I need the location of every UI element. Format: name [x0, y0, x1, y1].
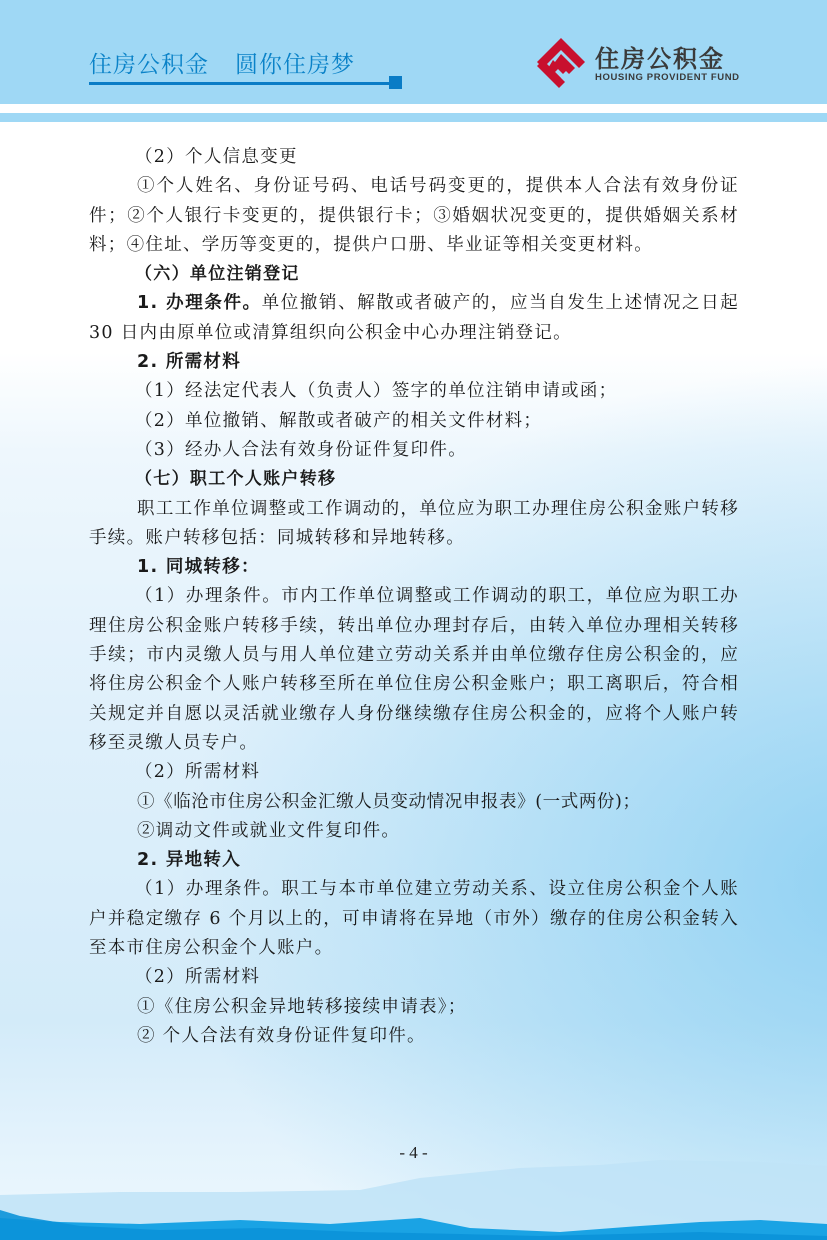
housing-provident-fund-logo-icon	[535, 36, 587, 88]
logo-title-cn: 住房公积金	[595, 39, 725, 74]
paragraph-same-city-conditions: （1）办理条件。市内工作单位调整或工作调动的职工，单位应为职工办理住房公积金账户…	[89, 582, 739, 758]
label-conditions: 1. 办理条件。	[137, 293, 262, 313]
logo-title-en: HOUSING PROVIDENT FUND	[595, 72, 740, 83]
slogan-square-marker	[389, 76, 402, 89]
slogan-part2: 圆你住房梦	[235, 52, 355, 78]
header-slogan: 住房公积金圆你住房梦	[89, 46, 355, 79]
list-item-material: （1）经法定代表人（负责人）签字的单位注销申请或函；	[89, 377, 739, 406]
label-remote-materials: （2）所需材料	[89, 963, 739, 992]
label-same-city-transfer: 1. 同城转移：	[89, 553, 739, 582]
list-item-material: ② 个人合法有效身份证件复印件。	[89, 1022, 739, 1051]
paragraph-account-transfer-intro: 职工工作单位调整或工作调动的，单位应为职工办理住房公积金账户转移手续。账户转移包…	[89, 495, 739, 554]
label-same-city-conditions: （1）办理条件。	[135, 586, 281, 606]
label-same-city-materials: （2）所需材料	[89, 758, 739, 787]
label-remote-conditions: （1）办理条件。	[135, 879, 281, 899]
section-heading-account-transfer: （七）职工个人账户转移	[89, 465, 739, 494]
list-item-material: ②调动文件或就业文件复印件。	[89, 817, 739, 846]
housing-fund-logo: 住房公积金 HOUSING PROVIDENT FUND	[535, 36, 745, 88]
paragraph-remote-conditions: （1）办理条件。职工与本市单位建立劳动关系、设立住房公积金个人账户并稳定缴存 6…	[89, 875, 739, 963]
paragraph-personal-info-change: ①个人姓名、身份证号码、电话号码变更的，提供本人合法有效身份证件；②个人银行卡变…	[89, 172, 739, 260]
page-number: - 4 -	[0, 1143, 827, 1163]
document-body: （2）个人信息变更 ①个人姓名、身份证号码、电话号码变更的，提供本人合法有效身份…	[89, 143, 739, 1051]
slogan-part1: 住房公积金	[89, 52, 209, 78]
list-item-material: （2）单位撤销、解散或者破产的相关文件材料；	[89, 407, 739, 436]
section-heading-unit-cancellation: （六）单位注销登记	[89, 260, 739, 289]
label-required-materials: 2. 所需材料	[89, 348, 739, 377]
label-remote-transfer-in: 2. 异地转入	[89, 846, 739, 875]
slogan-underline	[89, 82, 391, 85]
subheading-personal-info-change: （2）个人信息变更	[89, 143, 739, 172]
header-divider	[0, 104, 827, 113]
text-same-city-conditions: 市内工作单位调整或工作调动的职工，单位应为职工办理住房公积金账户转移手续，转出单…	[89, 586, 739, 752]
list-item-material: ①《住房公积金异地转移接续申请表》；	[89, 993, 739, 1022]
list-item-material: ①《临沧市住房公积金汇缴人员变动情况申报表》(一式两份)；	[89, 788, 739, 817]
list-item-material: （3）经办人合法有效身份证件复印件。	[89, 436, 739, 465]
header-divider-blue	[0, 113, 827, 122]
paragraph-cancellation-conditions: 1. 办理条件。单位撤销、解散或者破产的，应当自发生上述情况之日起 30 日内由…	[89, 289, 739, 348]
